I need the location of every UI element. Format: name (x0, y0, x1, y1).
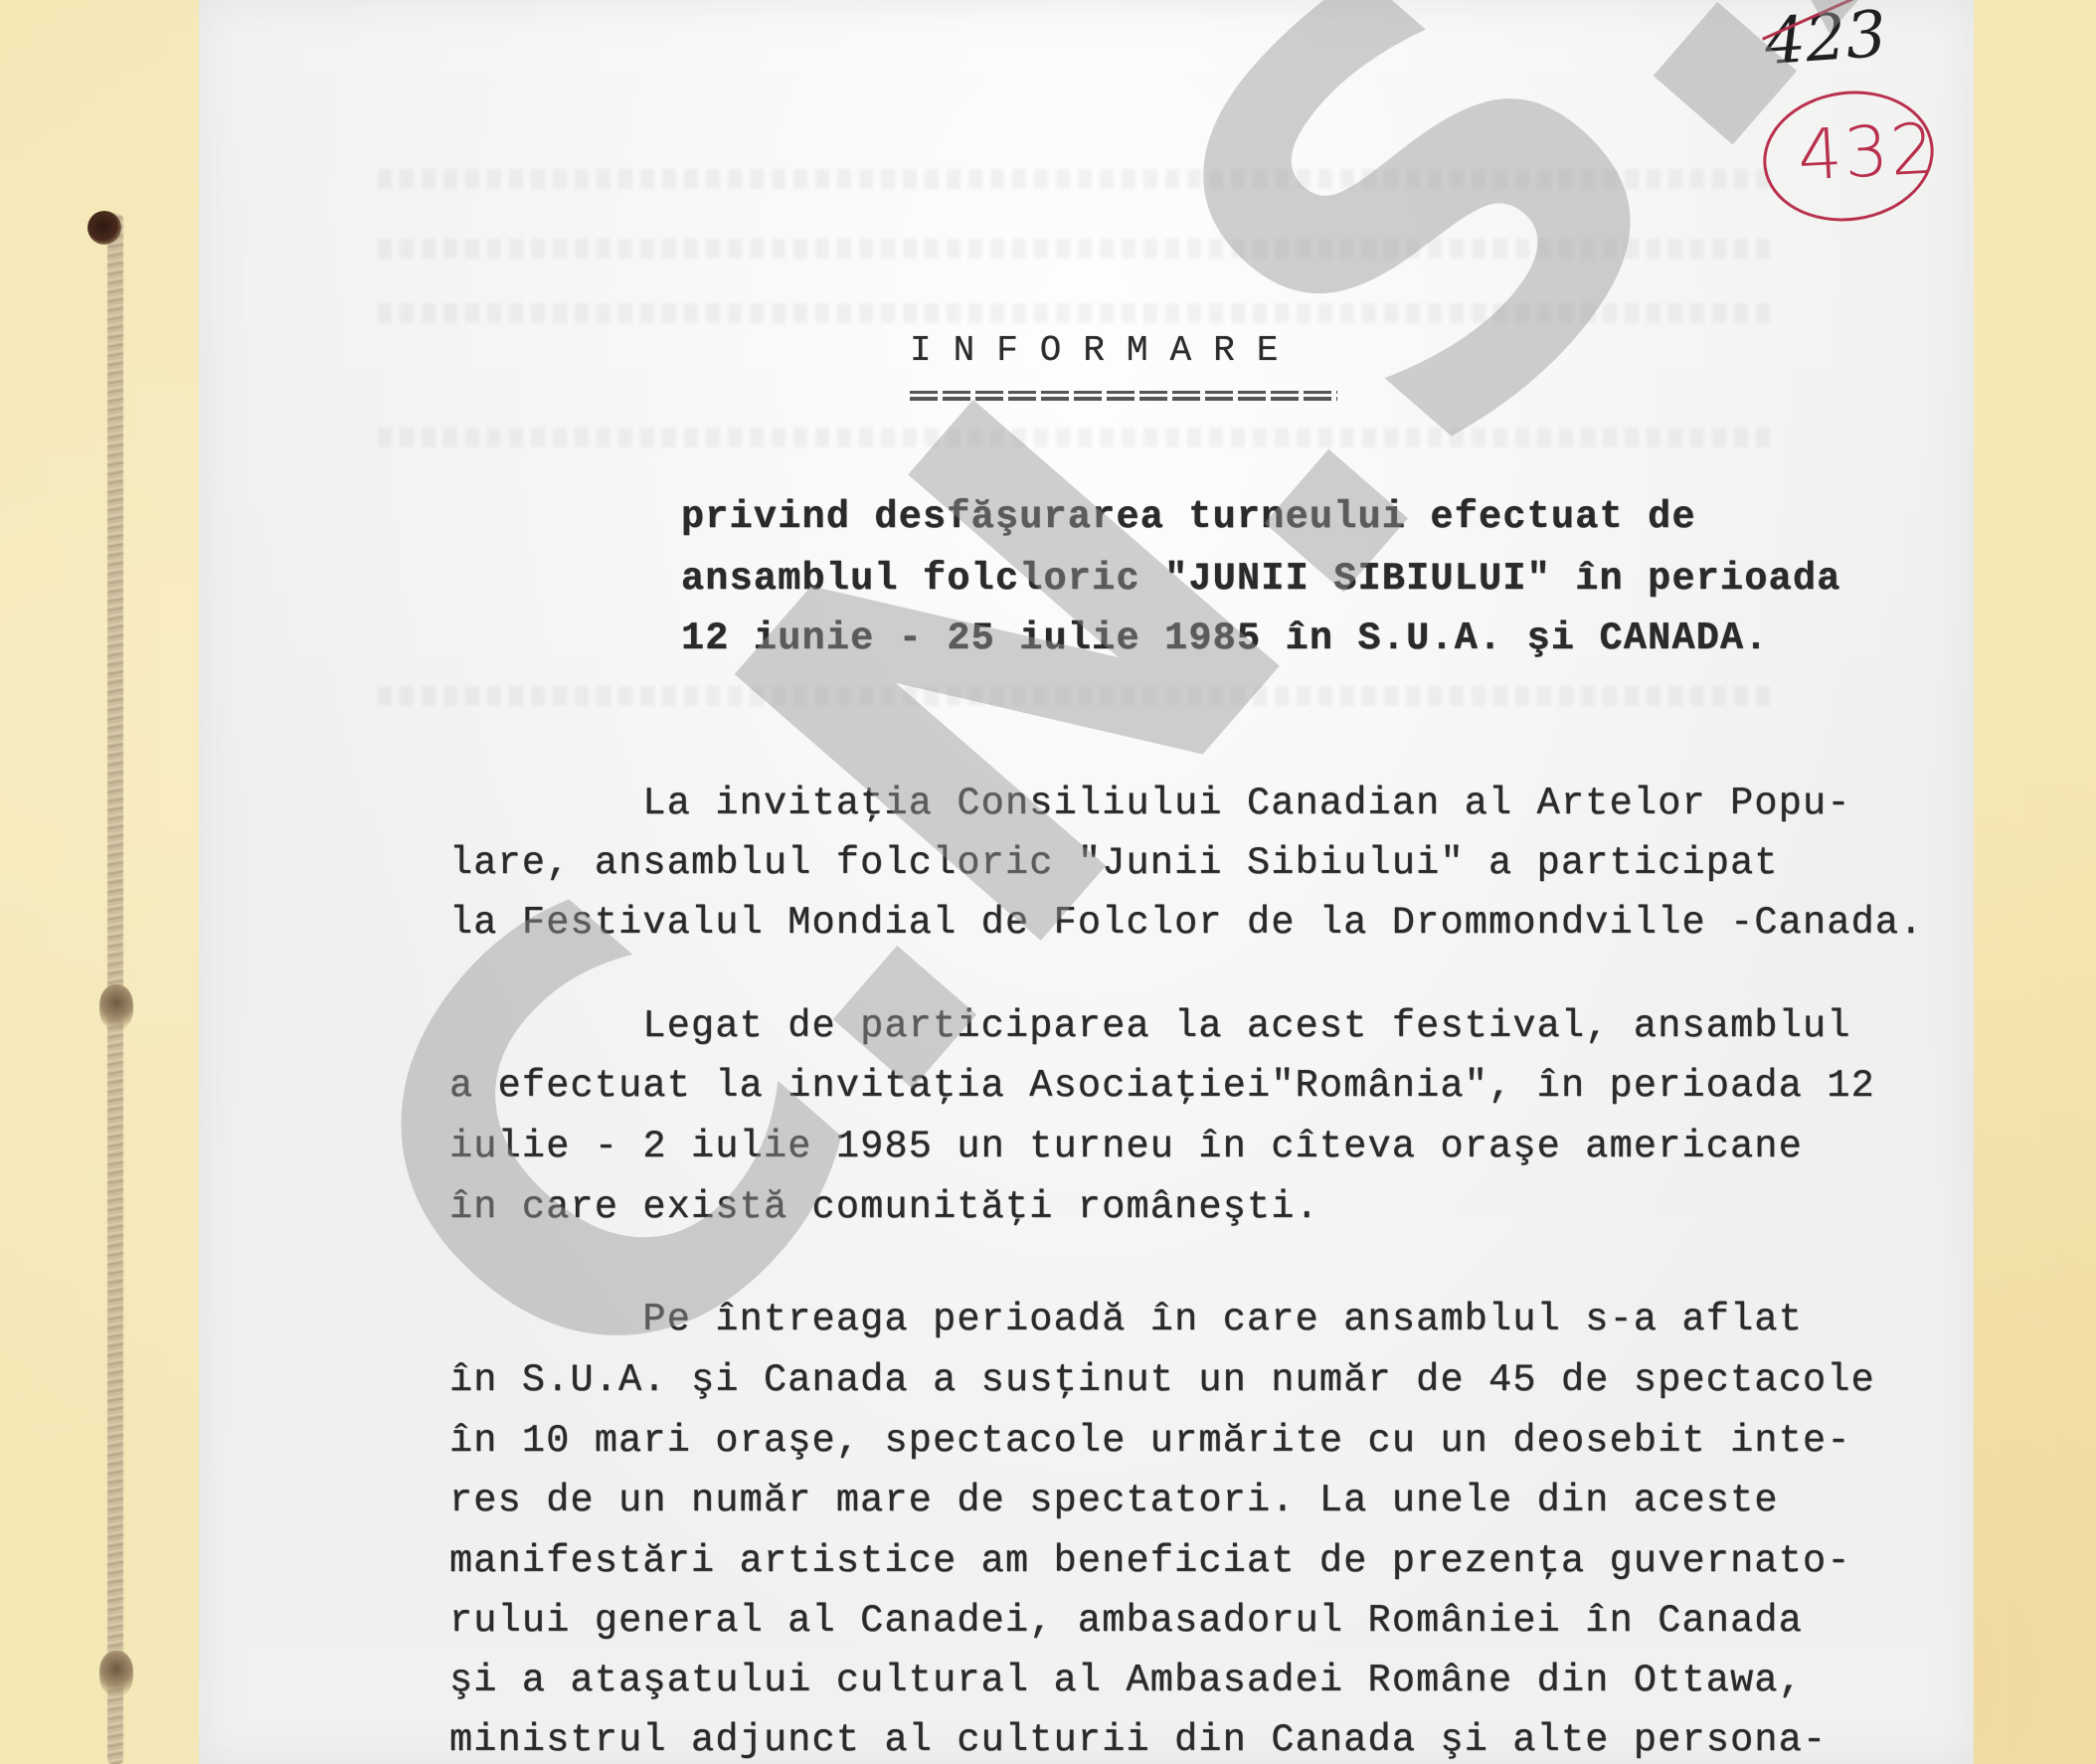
title-double-underline (910, 391, 1337, 401)
paragraph-3-line: manifestări artistice am beneficiat de p… (449, 1539, 1851, 1583)
paragraph-2-line: a efectuat la invitaţia Asociaţiei"Român… (449, 1064, 1875, 1108)
paragraph-1-line: lare, ansamblul folcloric "Junii Sibiulu… (449, 841, 1779, 885)
binding-hole (87, 211, 121, 245)
paragraph-3-line: în S.U.A. şi Canada a susţinut un număr … (449, 1358, 1875, 1402)
paragraph-3-line: ministrul adjunct al culturii din Canada… (449, 1718, 1827, 1762)
bleed-through-line (378, 686, 1770, 706)
paragraph-3-line: res de un număr mare de spectatori. La u… (449, 1479, 1779, 1522)
bleed-through-line (378, 169, 1770, 189)
paragraph-3-line: şi a ataşatului cultural al Ambasadei Ro… (449, 1659, 1803, 1702)
subtitle-line: privind desfăşurarea turneului efectuat … (681, 495, 1696, 539)
paragraph-2-line: în care există comunităţi româneşti. (449, 1185, 1319, 1229)
binding-knot (99, 1651, 133, 1696)
binding-knot (99, 984, 133, 1030)
paragraph-2-line: Legat de participarea la acest festival,… (449, 1004, 1851, 1048)
paragraph-1-line: La invitaţia Consiliului Canadian al Art… (449, 782, 1851, 825)
bleed-through-line (378, 303, 1770, 323)
subtitle-line: 12 iunie - 25 iulie 1985 în S.U.A. şi CA… (681, 617, 1769, 660)
paragraph-3-line: rului general al Canadei, ambasadorul Ro… (449, 1599, 1803, 1643)
paragraph-3-line: Pe întreaga perioadă în care ansamblul s… (449, 1298, 1803, 1341)
paragraph-3-line: în 10 mari oraşe, spectacole urmărite cu… (449, 1419, 1851, 1463)
document-title: INFORMARE (910, 330, 1300, 371)
bleed-through-line (378, 239, 1770, 259)
subtitle-line: ansamblul folcloric "JUNII SIBIULUI" în … (681, 557, 1841, 601)
current-page-number: 432 (1796, 107, 1939, 196)
bleed-through-line (378, 428, 1770, 447)
paragraph-2-line: iulie - 2 iulie 1985 un turneu în cîteva… (449, 1125, 1803, 1168)
paragraph-1-line: la Festivalul Mondial de Folclor de la D… (449, 901, 1924, 945)
